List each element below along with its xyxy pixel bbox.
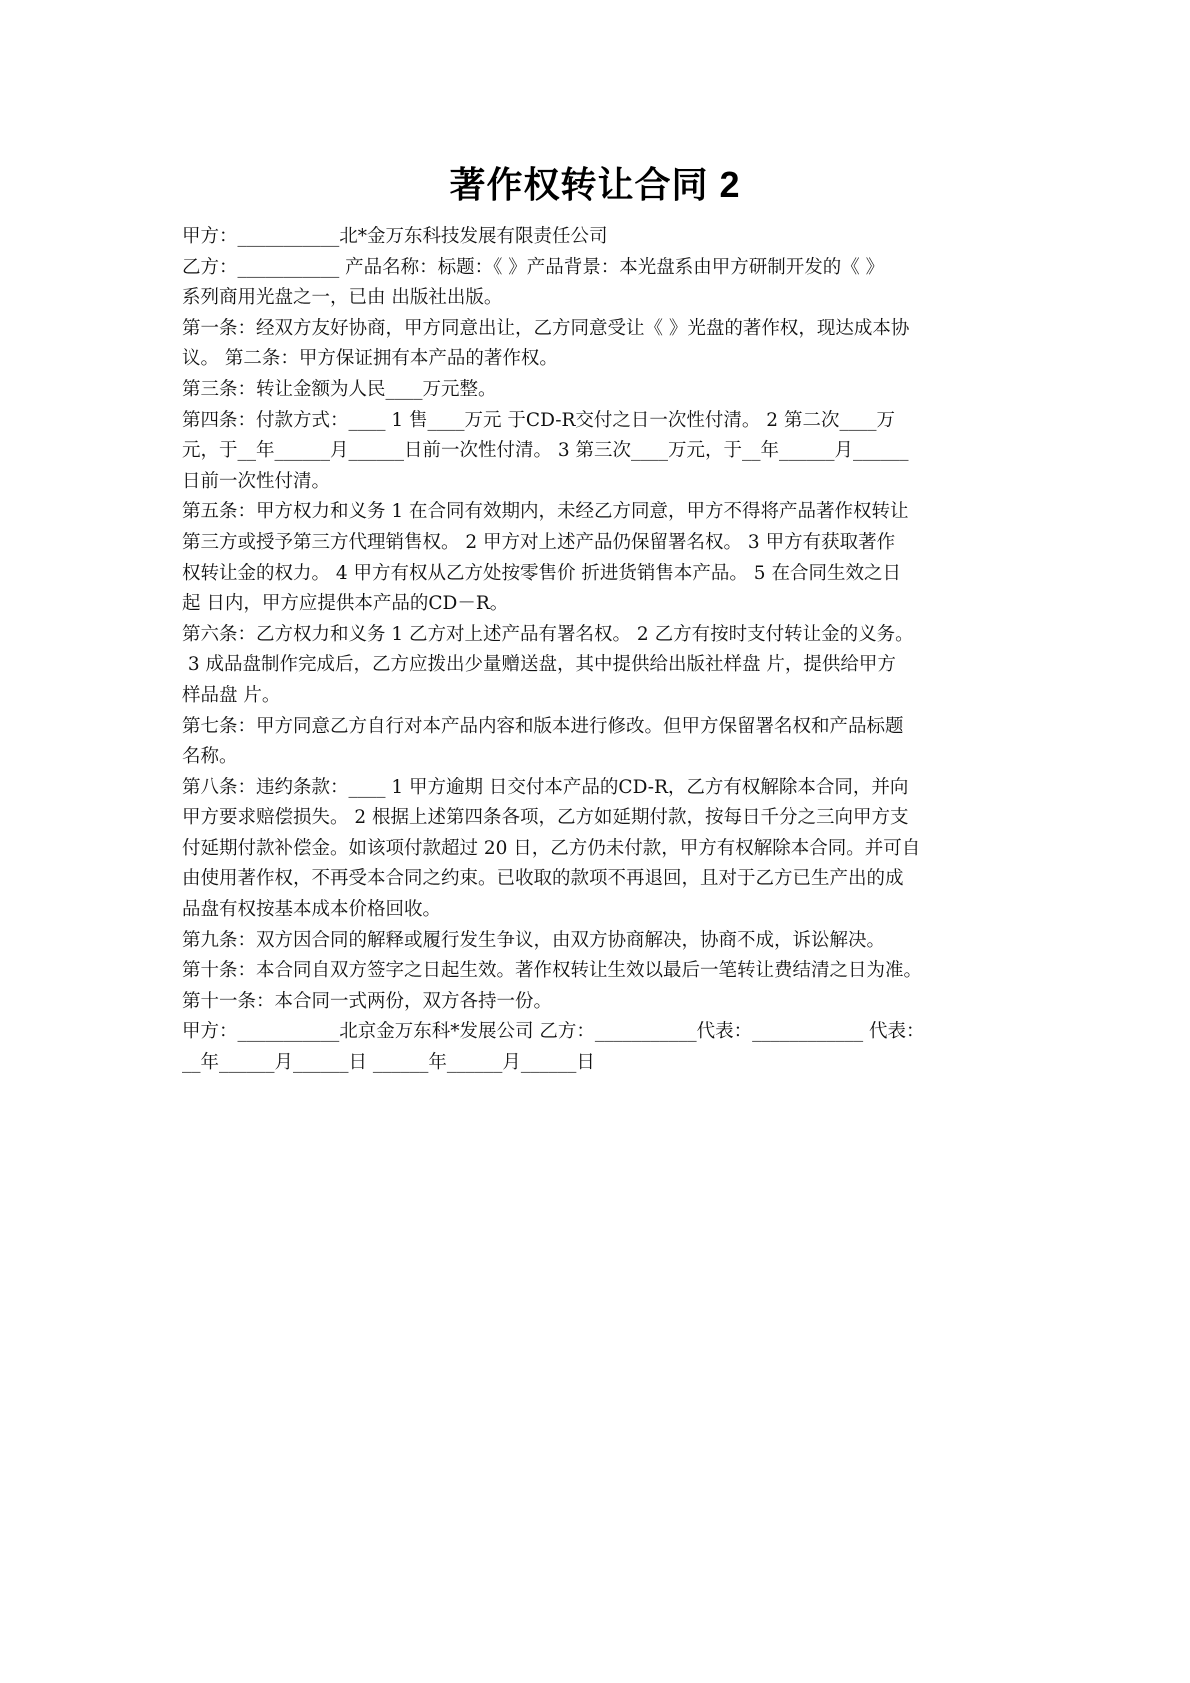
signature-line: 甲方：___________北京金万东科*发展公司 乙方：___________… [182,1017,1024,1048]
party-b-product-line: 乙方：___________ 产品名称：标题：《 》产品背景：本光盘系由甲方研制… [182,253,1024,284]
article-8-line-3: 付延期付款补偿金。如该项付款超过 20 日，乙方仍未付款，甲方有权解除本合同。并… [182,834,1024,865]
article-8-line-5: 品盘有权按基本成本价格回收。 [182,895,1024,926]
article-6-line-3: 样品盘 片。 [182,681,1024,712]
article-10-line: 第十条：本合同自双方签字之日起生效。著作权转让生效以最后一笔转让费结清之日为准。 [182,956,1024,987]
article-8-line-1: 第八条：违约条款：____ 1 甲方逾期 日交付本产品的CD-R，乙方有权解除本… [182,773,1024,804]
article-3-line: 第三条：转让金额为人民____万元整。 [182,375,1024,406]
document-body: 甲方：___________北*金万东科技发展有限责任公司 乙方：_______… [182,222,1024,1079]
article-4-line-1: 第四条：付款方式：____ 1 售____万元 于CD-R交付之日一次性付清。 … [182,406,1024,437]
article-8-line-4: 由使用著作权，不再受本合同之约束。已收取的款项不再退回，且对于乙方已生产出的成 [182,864,1024,895]
date-line: __年______月______日 ______年______月______日 [182,1048,1024,1079]
party-a-line: 甲方：___________北*金万东科技发展有限责任公司 [182,222,1024,253]
article-7-line-1: 第七条：甲方同意乙方自行对本产品内容和版本进行修改。但甲方保留署名权和产品标题 [182,712,1024,743]
product-background-line: 系列商用光盘之一，已由 出版社出版。 [182,283,1024,314]
article-6-line-1: 第六条：乙方权力和义务 1 乙方对上述产品有署名权。 2 乙方有按时支付转让金的… [182,620,1024,651]
article-9-line: 第九条：双方因合同的解释或履行发生争议，由双方协商解决，协商不成，诉讼解决。 [182,926,1024,957]
document-page: 著作权转让合同 2 甲方：___________北*金万东科技发展有限责任公司 … [0,0,1190,1683]
article-7-line-2: 名称。 [182,742,1024,773]
article-4-line-3: 日前一次性付清。 [182,467,1024,498]
article-8-line-2: 甲方要求赔偿损失。 2 根据上述第四条各项，乙方如延期付款，按每日千分之三向甲方… [182,803,1024,834]
article-5-line-2: 第三方或授予第三方代理销售权。 2 甲方对上述产品仍保留署名权。 3 甲方有获取… [182,528,1024,559]
article-11-line: 第十一条：本合同一式两份，双方各持一份。 [182,987,1024,1018]
article-6-line-2: 3 成品盘制作完成后，乙方应拨出少量赠送盘，其中提供给出版社样盘 片，提供给甲方 [182,650,1024,681]
article-5-line-4: 起 日内，甲方应提供本产品的CD－R。 [182,589,1024,620]
article-2-line: 议。 第二条：甲方保证拥有本产品的著作权。 [182,344,1024,375]
article-4-line-2: 元，于__年______月______日前一次性付清。 3 第三次____万元，… [182,436,1024,467]
article-5-line-3: 权转让金的权力。 4 甲方有权从乙方处按零售价 折进货销售本产品。 5 在合同生… [182,559,1024,590]
article-5-line-1: 第五条：甲方权力和义务 1 在合同有效期内，未经乙方同意，甲方不得将产品著作权转… [182,497,1024,528]
article-1-line: 第一条：经双方友好协商，甲方同意出让，乙方同意受让《 》光盘的著作权，现达成本协 [182,314,1024,345]
document-title: 著作权转让合同 2 [0,163,1190,207]
